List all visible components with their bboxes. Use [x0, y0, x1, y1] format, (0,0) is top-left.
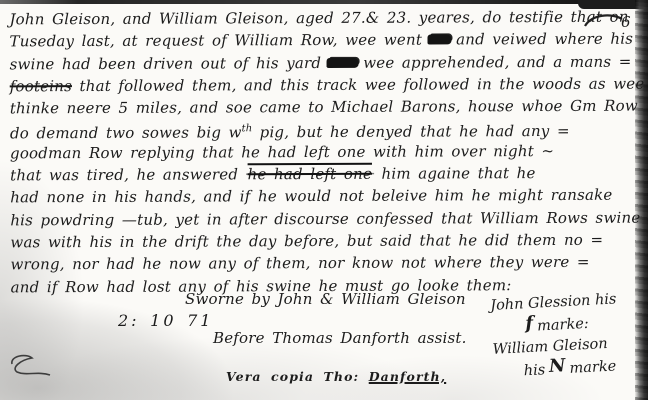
line-text: had none in his hands, and if he would n…	[10, 186, 612, 207]
line-text: wee apprehended, and a mans =	[363, 52, 631, 71]
john-mark-label: marke:	[537, 316, 589, 335]
manuscript-scan: 6 John Gleison, and William Gleison, age…	[0, 0, 648, 400]
line-text: him againe that he	[374, 164, 536, 183]
manuscript-line: his powdring —tub, yet in after discours…	[10, 206, 622, 231]
deposition-body: John Gleison, and William Gleison, aged …	[9, 6, 622, 299]
william-mark-label: marke	[569, 358, 616, 376]
william-mark-pre: his	[523, 362, 545, 379]
manuscript-line: footeins that followed them, and this tr…	[10, 73, 622, 98]
line-text: that followed them, and this track wee f…	[72, 74, 648, 95]
manuscript-line: was with his in the drift the day before…	[10, 229, 622, 254]
manuscript-line: John Gleison, and William Gleison, aged …	[9, 6, 621, 31]
line-text: do demand two sowes big w	[10, 124, 242, 143]
struck-phrase: he had left one	[246, 165, 374, 184]
manuscript-line: do demand two sowes big wth pig, but he …	[10, 117, 622, 142]
manuscript-line: that was tired, he answered he had left …	[10, 162, 622, 187]
line-text: wrong, nor had he now any of them, nor k…	[10, 253, 589, 274]
william-mark-symbol: N	[544, 355, 570, 377]
date-field: 2: 10 71	[118, 311, 213, 330]
line-text: that was tired, he answered	[10, 165, 246, 184]
manuscript-line: had none in his hands, and if he would n…	[10, 184, 622, 209]
struck-word: footeins	[10, 77, 72, 95]
line-text: his powdring —tub, yet in after discours…	[10, 208, 640, 229]
line-text: swine had been driven out of his yard	[10, 54, 322, 73]
line-text: and veiwed where his	[456, 30, 633, 49]
john-mark-symbol: f	[521, 313, 538, 335]
ink-blot	[326, 57, 358, 67]
signature-block: John Glession his fmarke: William Gleiso…	[490, 288, 644, 384]
scan-edge-top	[0, 0, 648, 4]
sworne-statement: Sworne by John & William Gleison	[185, 290, 466, 308]
manuscript-line: swine had been driven out of his yardwee…	[10, 50, 622, 75]
manuscript-line: goodman Row replying that he had left on…	[10, 139, 622, 164]
line-text: thinke neere 5 miles, and soe came to Mi…	[10, 97, 638, 118]
line-text: was with his in the drift the day before…	[10, 231, 603, 252]
manuscript-line: Tuseday last, at request of William Row,…	[9, 28, 621, 53]
vera-copia-line: Vera copia Tho: Danforth,	[226, 369, 446, 384]
manuscript-line: thinke neere 5 miles, and soe came to Mi…	[10, 95, 622, 120]
manuscript-line: wrong, nor had he now any of them, nor k…	[10, 251, 622, 276]
line-text: John Gleison, and William Gleison, aged …	[9, 8, 628, 29]
vera-copia-signature: Danforth,	[369, 369, 446, 384]
ink-squiggle	[6, 348, 58, 382]
vera-copia-text: Vera copia Tho:	[226, 369, 369, 384]
attestation-line: Before Thomas Danforth assist.	[213, 329, 467, 347]
line-text: pig, but he denyed that he had any =	[252, 122, 570, 141]
line-text: Tuseday last, at request of William Row,…	[9, 31, 422, 51]
superscript-text: th	[242, 124, 253, 135]
ink-blot	[427, 35, 451, 45]
line-text: goodman Row replying that he had left on…	[10, 142, 554, 162]
